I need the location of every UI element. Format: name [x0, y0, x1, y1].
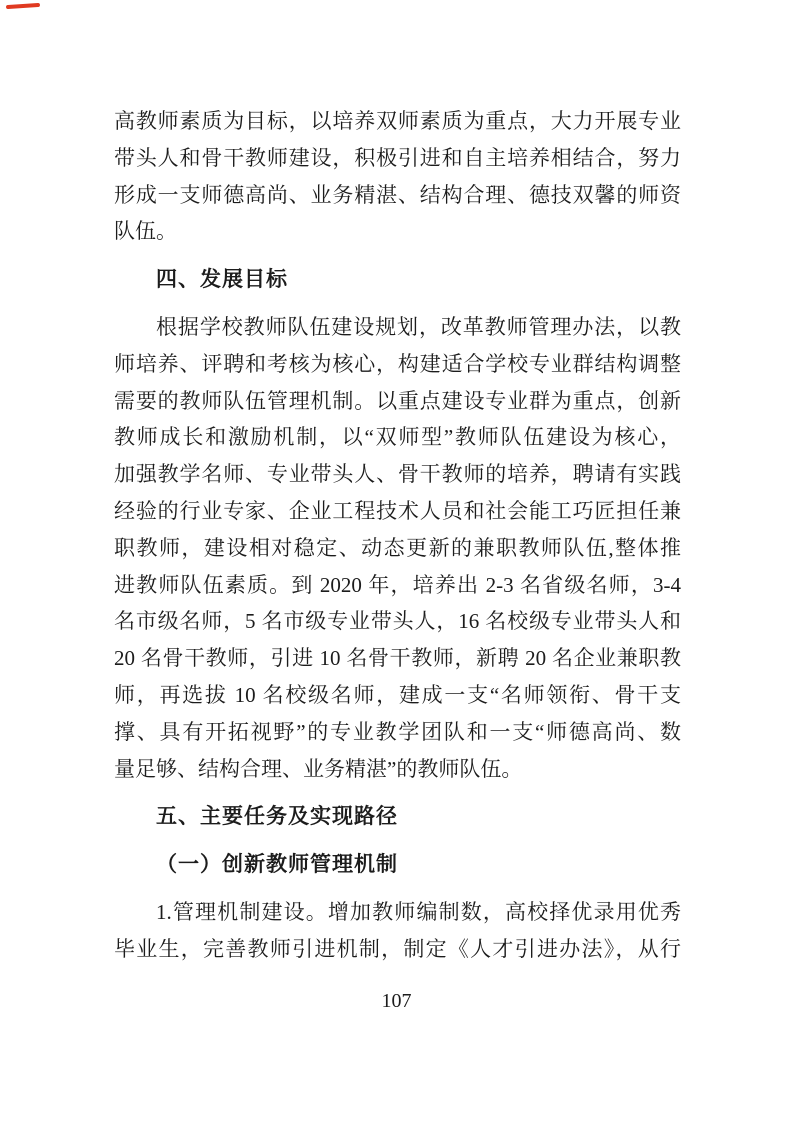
red-annotation-mark	[6, 3, 40, 9]
text-line: 1.管理机制建设。增加教师编制数，高校择优录用优秀	[114, 894, 681, 931]
text-line: 形成一支师德高尚、业务精湛、结构合理、德技双馨的师资	[114, 177, 681, 214]
text-line: 队伍。	[114, 213, 681, 250]
paragraph: 高教师素质为目标，以培养双师素质为重点，大力开展专业带头人和骨干教师建设，积极引…	[114, 103, 681, 250]
section-heading: 四、发展目标	[114, 261, 681, 298]
text-line: 加强教学名师、专业带头人、骨干教师的培养，聘请有实践	[114, 456, 681, 493]
text-line: 职教师，建设相对稳定、动态更新的兼职教师队伍,整体推	[114, 530, 681, 567]
page-number: 107	[0, 988, 793, 1014]
text-line: 名市级名师，5 名市级专业带头人，16 名校级专业带头人和	[114, 603, 681, 640]
text-line: 带头人和骨干教师建设，积极引进和自主培养相结合，努力	[114, 140, 681, 177]
paragraph: 根据学校教师队伍建设规划，改革教师管理办法，以教师培养、评聘和考核为核心，构建适…	[114, 309, 681, 787]
text-line: 高教师素质为目标，以培养双师素质为重点，大力开展专业	[114, 103, 681, 140]
text-line: 师培养、评聘和考核为核心，构建适合学校专业群结构调整	[114, 346, 681, 383]
text-line: 进教师队伍素质。到 2020 年，培养出 2-3 名省级名师，3-4	[114, 567, 681, 604]
document-content: 高教师素质为目标，以培养双师素质为重点，大力开展专业带头人和骨干教师建设，积极引…	[114, 103, 681, 968]
paragraph: 1.管理机制建设。增加教师编制数，高校择优录用优秀毕业生，完善教师引进机制，制定…	[114, 894, 681, 968]
document-page: 高教师素质为目标，以培养双师素质为重点，大力开展专业带头人和骨干教师建设，积极引…	[0, 0, 793, 1122]
section-heading: 五、主要任务及实现路径	[114, 798, 681, 835]
text-line: 20 名骨干教师，引进 10 名骨干教师，新聘 20 名企业兼职教	[114, 640, 681, 677]
text-line: 撑、具有开拓视野”的专业教学团队和一支“师德高尚、数	[114, 714, 681, 751]
text-line: 师，再选拔 10 名校级名师，建成一支“名师领衔、骨干支	[114, 677, 681, 714]
text-line: 经验的行业专家、企业工程技术人员和社会能工巧匠担任兼	[114, 493, 681, 530]
text-line: 毕业生，完善教师引进机制，制定《人才引进办法》，从行	[114, 931, 681, 968]
text-line: 教师成长和激励机制，以“双师型”教师队伍建设为核心，	[114, 419, 681, 456]
section-heading: （一）创新教师管理机制	[114, 846, 681, 883]
text-line: 根据学校教师队伍建设规划，改革教师管理办法，以教	[114, 309, 681, 346]
text-line: 需要的教师队伍管理机制。以重点建设专业群为重点，创新	[114, 383, 681, 420]
text-line: 量足够、结构合理、业务精湛”的教师队伍。	[114, 751, 681, 788]
